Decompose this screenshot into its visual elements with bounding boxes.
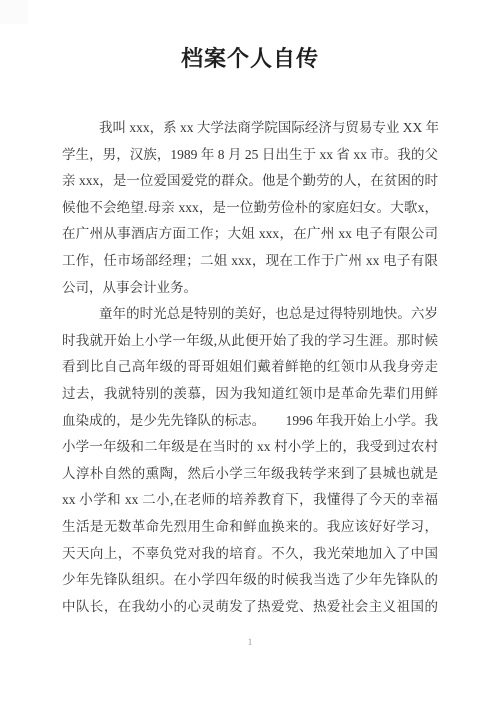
corner-artifact [0,0,28,24]
text-line: 时我就开始上小学一年级,从此便开始了我的学习生涯。那时候 [62,328,438,355]
page-number: 1 [0,636,500,648]
text-line: 生活是无数革命先烈用生命和鲜血换来的。我应该好好学习， [62,514,438,541]
text-line: 血染成的，是少先先锋队的标志。 1996 年我开始上小学。我 [62,408,438,435]
text-line: 工作，任市场部经理；二姐 xxx，现在工作于广州 xx 电子有限 [62,248,438,275]
document-title: 档案个人自传 [0,42,500,73]
text-line: 学生，男，汉族，1989 年 8 月 25 日出生于 xx 省 xx 市。我的父 [62,142,438,169]
text-line: 亲 xxx，是一位爱国爱党的群众。他是个勤劳的人，在贫困的时 [62,168,438,195]
document-page: 档案个人自传 我叫 xxx，系 xx 大学法商学院国际经济与贸易专业 XX 年级… [0,0,500,709]
text-line: 中队长，在我幼小的心灵萌发了热爱党、热爱社会主义祖国的 [62,594,438,621]
text-line: 候他不会绝望.母亲 xxx，是一位勤劳俭朴的家庭妇女。大歌x， [62,195,438,222]
text-line: xx 小学和 xx 二小,在老师的培养教育下，我懂得了今天的幸福 [62,487,438,514]
text-line: 小学一年级和二年级是在当时的 xx 村小学上的，我受到过农村 [62,434,438,461]
text-line: 天天向上，不辜负党对我的培育。不久，我光荣地加入了中国 [62,541,438,568]
text-line: 童年的时光总是特别的美好，也总是过得特别地快。六岁 [62,301,438,328]
text-line: 少年先锋队组织。在小学四年级的时候我当选了少年先锋队的 [62,567,438,594]
text-line: 在广州从事酒店方面工作；大姐 xxx，在广州 xx 电子有限公司 [62,221,438,248]
text-line: 看到比自己高年级的哥哥姐姐们戴着鲜艳的红领巾从我身旁走 [62,354,438,381]
text-line: 过去，我就特别的羡慕，因为我知道红领巾是革命先辈们用鲜 [62,381,438,408]
text-line: 公司，从事会计业务。 [62,275,438,302]
document-body: 我叫 xxx，系 xx 大学法商学院国际经济与贸易专业 XX 年级学生，男，汉族… [62,115,438,620]
text-line: 人淳朴自然的熏陶，然后小学三年级我转学来到了县城也就是 [62,461,438,488]
text-line: 我叫 xxx，系 xx 大学法商学院国际经济与贸易专业 XX 年级 [62,115,438,142]
